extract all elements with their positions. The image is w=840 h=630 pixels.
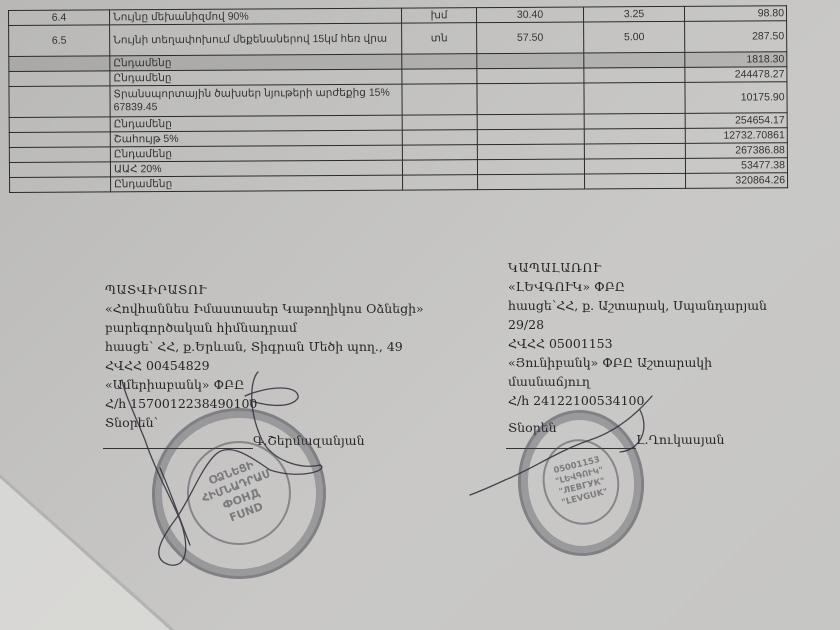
- row-code-cell: [9, 56, 110, 72]
- row-sum-cell: 267386.88: [685, 143, 787, 159]
- row-code-cell: [9, 132, 110, 148]
- row-rate-cell: [584, 52, 685, 68]
- row-unit-cell: խմ: [401, 8, 476, 23]
- row-unit-cell: [402, 160, 477, 175]
- row-rate-cell: [585, 173, 686, 189]
- row-quantity-cell: [477, 53, 584, 69]
- row-quantity-cell: 57.50: [477, 22, 584, 54]
- row-unit-cell: [402, 130, 477, 145]
- row-rate-cell: [584, 67, 685, 83]
- row-rate-cell: [584, 143, 685, 159]
- row-sum-cell: 254654.17: [685, 113, 787, 129]
- row-unit-cell: [402, 54, 477, 69]
- contractor-org-name: «ԼԵՎԳՈՒԿ» ՓԲԸ: [508, 277, 818, 296]
- contractor-account: Հ/հ 24122100534100: [508, 391, 818, 410]
- row-rate-cell: [584, 128, 685, 144]
- row-quantity-cell: [477, 114, 584, 130]
- row-code-cell: 6.4: [9, 10, 110, 26]
- table-row: 6.5Նույնի տեղափոխում մեքենաներով 15կմ հե…: [9, 21, 787, 57]
- row-unit-cell: տն: [402, 23, 477, 54]
- customer-seal-inner: ՕՁՆԵՑԻ ՀԻՄՆԱԴՐԱՄ ФОНД FUND: [172, 426, 306, 560]
- row-unit-cell: [402, 84, 477, 115]
- row-unit-cell: [402, 145, 477, 160]
- row-quantity-cell: [478, 174, 585, 190]
- row-rate-cell: [584, 113, 685, 129]
- row-sum-cell: 287.50: [685, 21, 787, 53]
- customer-sign-label: Տնօրեն՝: [105, 413, 158, 432]
- row-quantity-cell: [477, 129, 584, 145]
- row-quantity-cell: 30.40: [476, 7, 583, 23]
- row-code-cell: [10, 177, 111, 193]
- row-unit-cell: [403, 175, 478, 190]
- contractor-address-line2: 29/28: [508, 315, 818, 334]
- row-description-cell: Ընդամենը: [111, 175, 403, 192]
- scanned-document-page: 6.4Նույնը մեխանիզմով 90%խմ30.403.2598.80…: [0, 0, 840, 630]
- customer-address: հասցե՝ ՀՀ, ք.Երևան, Տիգրան Մեծի պող., 49: [105, 337, 485, 356]
- contractor-bank-line2: մասնաճյուղ: [508, 372, 818, 391]
- row-quantity-cell: [477, 83, 584, 115]
- contractor-signatory-name: Լ.Ղուկասյան: [636, 430, 725, 449]
- customer-org-type: բարեգործական հիմնադրամ: [105, 318, 485, 337]
- row-code-cell: [9, 86, 110, 118]
- row-quantity-cell: [477, 144, 584, 160]
- row-rate-cell: 5.00: [584, 21, 685, 53]
- customer-org-name: «Հովհաննես Իմաստասեր Կաթողիկոս Օձնեցի»: [105, 299, 485, 318]
- estimate-table: 6.4Նույնը մեխանիզմով 90%խմ30.403.2598.80…: [8, 5, 788, 193]
- row-rate-cell: [584, 82, 685, 114]
- row-sum-cell: 244478.27: [685, 67, 787, 83]
- row-sum-cell: 10175.90: [685, 82, 787, 114]
- row-sum-cell: 1818.30: [685, 52, 787, 68]
- row-sum-cell: 320864.26: [686, 173, 788, 189]
- contractor-tax-id: ՀՎՀՀ 05001153: [508, 334, 818, 353]
- contractor-bank-line1: «Յունիբանկ» ՓԲԸ Աշտարակի: [508, 353, 818, 372]
- customer-account: Հ/հ 1570012238490100: [105, 394, 485, 413]
- row-description-cell: Տրանսպորտային ծախսեր նյութերի արժեքից 15…: [110, 84, 402, 117]
- customer-role: ՊԱՏՎԻՐԱՏՈՒ: [105, 280, 485, 299]
- row-rate-cell: [584, 158, 685, 174]
- row-code-cell: 6.5: [9, 25, 110, 57]
- row-code-cell: [9, 117, 110, 133]
- customer-bank: «Ամերիաբանկ» ՓԲԸ: [105, 375, 485, 394]
- row-sum-cell: 12732.70861: [685, 128, 787, 144]
- row-sum-cell: 53477.38: [685, 158, 787, 174]
- customer-tax-id: ՀՎՀՀ 00454829: [105, 356, 485, 375]
- row-unit-cell: [402, 69, 477, 84]
- row-code-cell: [9, 162, 110, 178]
- row-quantity-cell: [477, 159, 584, 175]
- row-code-cell: [9, 71, 110, 87]
- row-sum-cell: 98.80: [684, 6, 786, 22]
- table-row: Տրանսպորտային ծախսեր նյութերի արժեքից 15…: [9, 82, 787, 118]
- contractor-role: ԿԱՊԱԼԱՌՈՒ: [508, 258, 818, 277]
- row-rate-cell: 3.25: [583, 6, 684, 22]
- row-description-cell: Նույնի տեղափոխում մեքենաներով 15կմ հեռ վ…: [110, 23, 402, 56]
- row-unit-cell: [402, 115, 477, 130]
- contractor-seal-inner: 05001153 "ԼԵՎԳՈՒԿ" "ЛЕВГУК" "LEVGUK": [534, 431, 629, 533]
- contractor-address-line1: հասցե՝ՀՀ, ք. Աշտարակ, Սպանդարյան: [508, 296, 818, 315]
- row-quantity-cell: [477, 68, 584, 84]
- row-description-cell: ԱԱՀ 20%: [110, 160, 402, 177]
- row-code-cell: [9, 147, 110, 163]
- customer-signature-block: ՊԱՏՎԻՐԱՏՈՒ «Հովհաննես Իմաստասեր Կաթողիկո…: [105, 280, 485, 451]
